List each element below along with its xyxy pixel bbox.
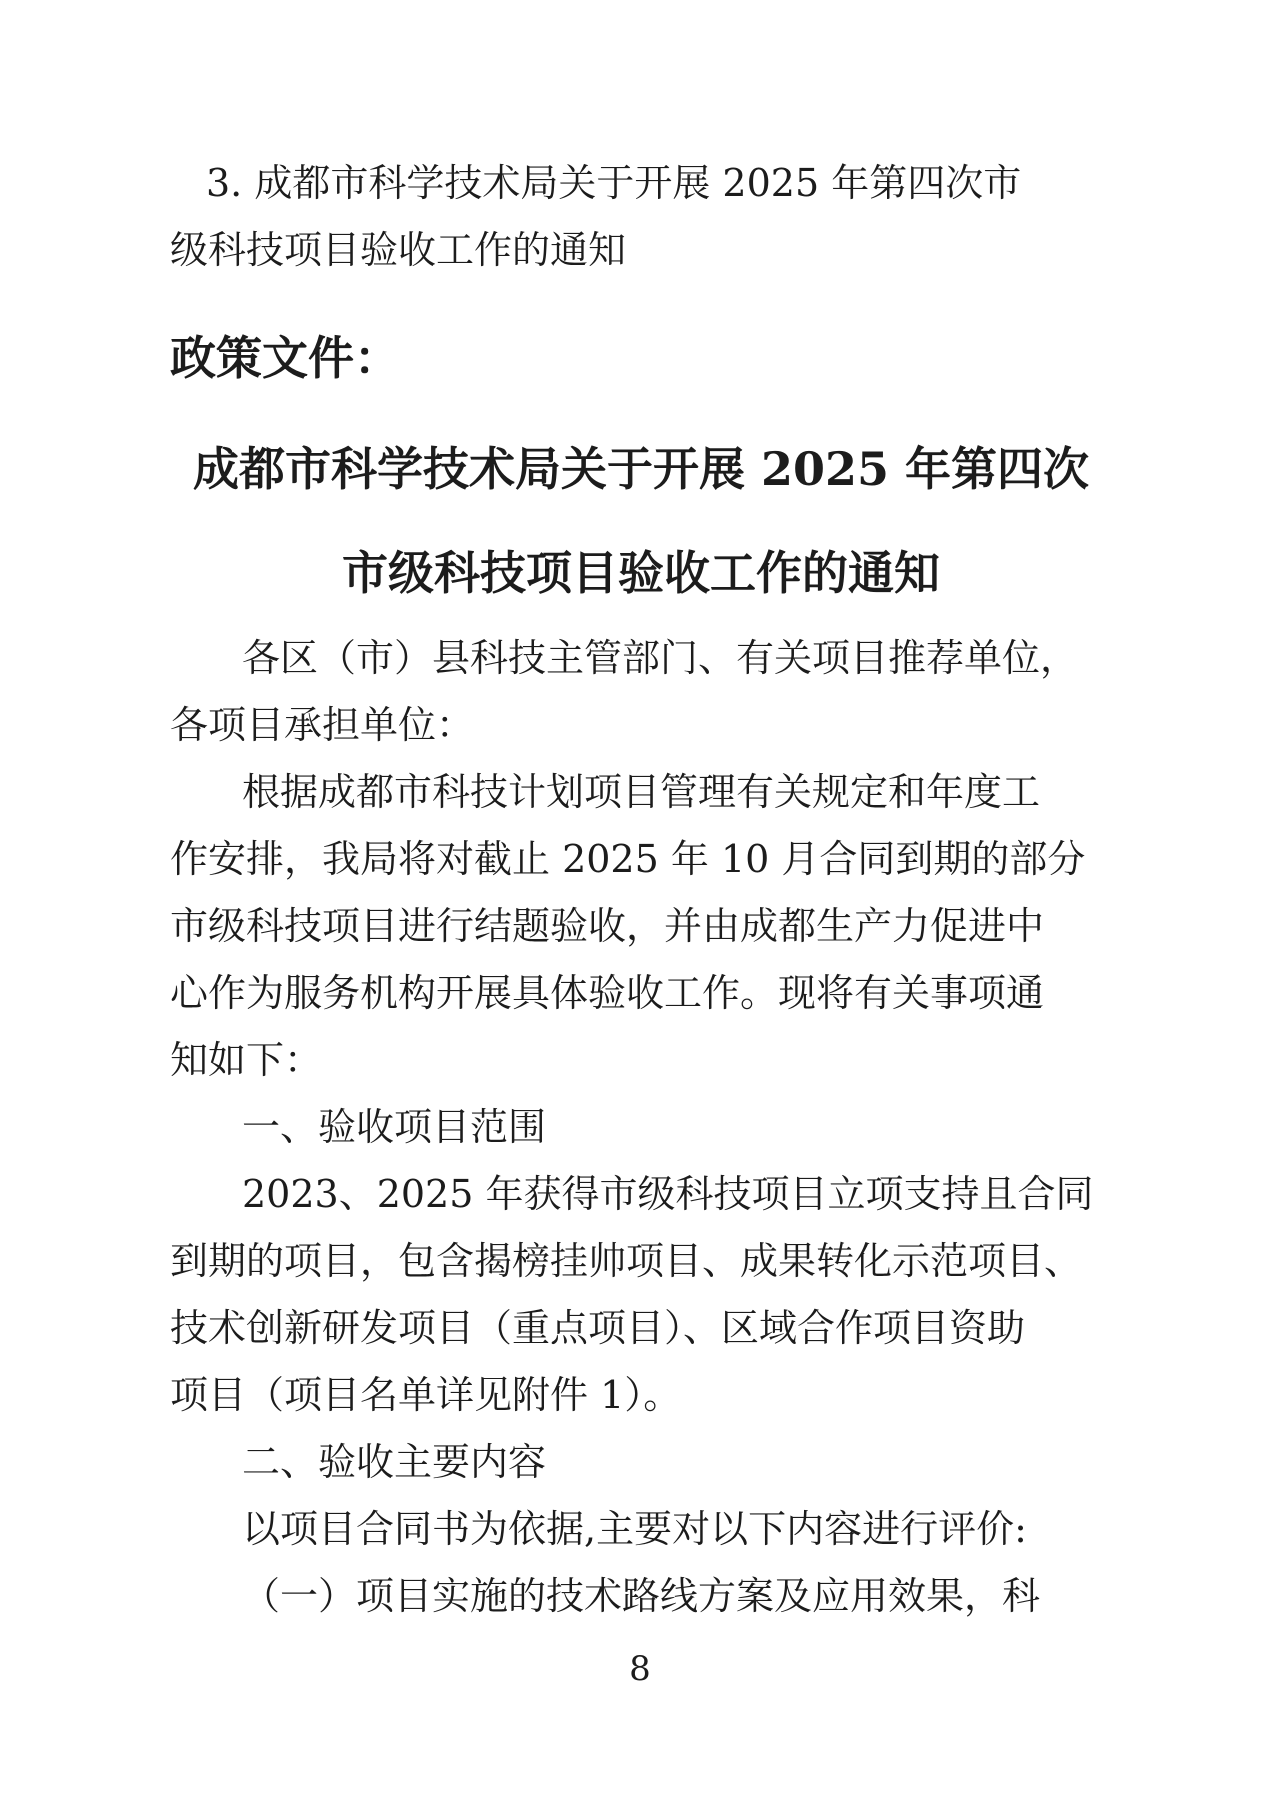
- body-line: 各区（市）县科技主管部门、有关项目推荐单位，: [170, 625, 1112, 692]
- document-content: 3. 成都市科学技术局关于开展 2025 年第四次市 级科技项目验收工作的通知 …: [0, 0, 1280, 1630]
- document-body: 各区（市）县科技主管部门、有关项目推荐单位，各项目承担单位：根据成都市科技计划项…: [170, 625, 1112, 1630]
- body-line: 二、验收主要内容: [170, 1429, 1112, 1496]
- body-line: 各项目承担单位：: [170, 692, 1112, 759]
- body-line: 根据成都市科技计划项目管理有关规定和年度工: [170, 759, 1112, 826]
- intro-item-line-1: 3. 成都市科学技术局关于开展 2025 年第四次市: [170, 150, 1112, 217]
- document-page: 3. 成都市科学技术局关于开展 2025 年第四次市 级科技项目验收工作的通知 …: [0, 0, 1280, 1810]
- document-title: 成都市科学技术局关于开展 2025 年第四次 市级科技项目验收工作的通知: [170, 417, 1112, 625]
- body-line: 心作为服务机构开展具体验收工作。现将有关事项通: [170, 960, 1112, 1027]
- body-line: 作安排，我局将对截止 2025 年 10 月合同到期的部分: [170, 826, 1112, 893]
- body-line: 技术创新研发项目（重点项目）、区域合作项目资助: [170, 1295, 1112, 1362]
- policy-files-heading: 政策文件：: [170, 323, 1112, 393]
- body-line: 项目（项目名单详见附件 1）。: [170, 1362, 1112, 1429]
- document-title-line-1: 成都市科学技术局关于开展 2025 年第四次: [170, 417, 1112, 521]
- body-line: 市级科技项目进行结题验收，并由成都生产力促进中: [170, 893, 1112, 960]
- intro-item-line-2: 级科技项目验收工作的通知: [170, 217, 1112, 284]
- body-line: 以项目合同书为依据,主要对以下内容进行评价:: [170, 1496, 1112, 1563]
- document-title-line-2: 市级科技项目验收工作的通知: [170, 521, 1112, 625]
- body-line: 2023、2025 年获得市级科技项目立项支持且合同: [170, 1161, 1112, 1228]
- body-line: 到期的项目，包含揭榜挂帅项目、成果转化示范项目、: [170, 1228, 1112, 1295]
- body-line: 一、验收项目范围: [170, 1094, 1112, 1161]
- body-line: 知如下：: [170, 1027, 1112, 1094]
- body-line: （一）项目实施的技术路线方案及应用效果，科: [170, 1563, 1112, 1630]
- page-number: 8: [0, 1645, 1280, 1693]
- intro-item: 3. 成都市科学技术局关于开展 2025 年第四次市 级科技项目验收工作的通知: [170, 150, 1112, 284]
